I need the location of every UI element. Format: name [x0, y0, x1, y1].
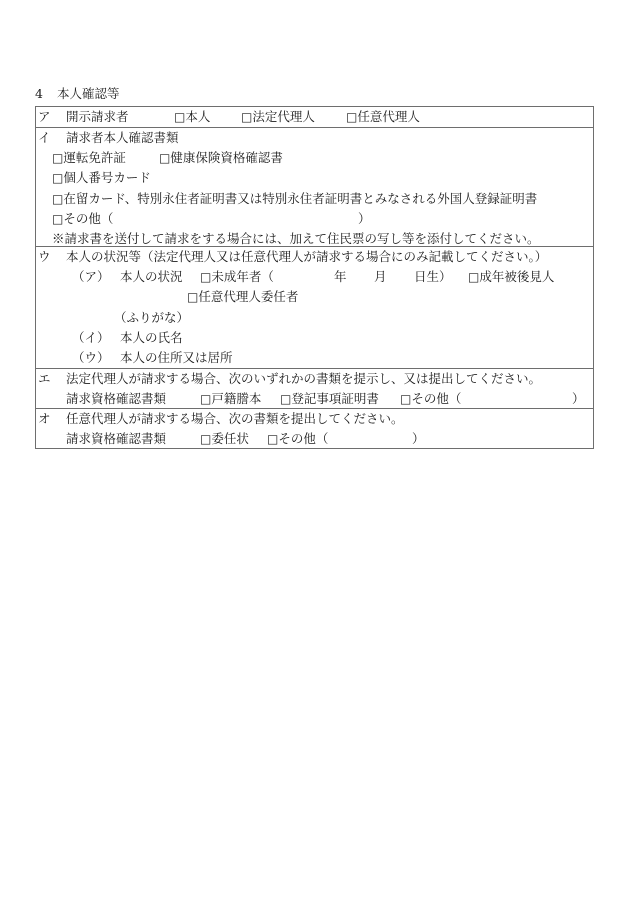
other-legal-close-paren: ） — [572, 389, 585, 409]
section-number: 4 — [35, 86, 57, 102]
checkbox-health-insurance[interactable]: □健康保険資格確認書 — [159, 148, 283, 168]
checkbox-icon[interactable]: □ — [200, 392, 211, 406]
checkbox-icon[interactable]: □ — [52, 192, 63, 206]
birth-day-label: 日生） — [414, 267, 452, 287]
row-id-documents: イ 請求者本人確認書類 □運転免許証 □健康保険資格確認書 □個人番号カード □… — [36, 127, 593, 246]
row-legal-agent-documents: エ 法定代理人が請求する場合、次のいずれかの書類を提示し、又は提出してください。… — [36, 368, 593, 408]
section-title: 本人確認等 — [57, 86, 120, 101]
checkbox-self[interactable]: □本人 — [174, 107, 210, 127]
row-label: イ — [36, 128, 60, 148]
legal-agent-heading: 法定代理人が請求する場合、次のいずれかの書類を提示し、又は提出してください。 — [66, 369, 541, 389]
address-sub-label: （ウ） — [72, 348, 110, 368]
checkbox-icon[interactable]: □ — [241, 110, 252, 124]
principal-name-label: 本人の氏名 — [120, 328, 183, 348]
checkbox-registry-certificate[interactable]: □登記事項証明書 — [280, 389, 379, 409]
row-label: オ — [36, 409, 60, 429]
voluntary-agent-docs-title: 請求資格確認書類 — [66, 429, 166, 449]
requester-heading: 開示請求者 — [66, 107, 129, 127]
checkbox-icon[interactable]: □ — [400, 392, 411, 406]
voluntary-agent-heading: 任意代理人が請求する場合、次の書類を提出してください。 — [66, 409, 404, 429]
checkbox-legal-agent[interactable]: □法定代理人 — [241, 107, 315, 127]
birth-month-label: 月 — [374, 267, 387, 287]
checkbox-icon[interactable]: □ — [159, 151, 170, 165]
checkbox-voluntary-agent[interactable]: □任意代理人 — [346, 107, 420, 127]
checkbox-adult-ward[interactable]: □成年被後見人 — [468, 267, 554, 287]
checkbox-icon[interactable]: □ — [280, 392, 291, 406]
row-label: エ — [36, 369, 60, 389]
other-id-close-paren: ） — [358, 209, 371, 229]
name-sub-label: （イ） — [72, 328, 110, 348]
id-documents-heading: 請求者本人確認書類 — [66, 128, 179, 148]
principal-status-heading: 本人の状況等（法定代理人又は任意代理人が請求する場合にのみ記載してください。） — [66, 247, 547, 267]
row-principal-status: ウ 本人の状況等（法定代理人又は任意代理人が請求する場合にのみ記載してください。… — [36, 246, 593, 368]
other-voluntary-close-paren: ） — [412, 429, 425, 449]
principal-address-label: 本人の住所又は居所 — [120, 348, 233, 368]
row-label: ア — [36, 107, 60, 127]
row-label: ウ — [36, 247, 60, 267]
checkbox-other-legal-doc[interactable]: □その他（ — [400, 389, 461, 409]
checkbox-icon[interactable]: □ — [267, 432, 278, 446]
checkbox-icon[interactable]: □ — [468, 270, 479, 284]
checkbox-family-register[interactable]: □戸籍謄本 — [200, 389, 261, 409]
furigana-label: （ふりがな） — [114, 308, 189, 328]
checkbox-power-of-attorney[interactable]: □委任状 — [200, 429, 249, 449]
checkbox-icon[interactable]: □ — [200, 432, 211, 446]
checkbox-drivers-license[interactable]: □運転免許証 — [52, 148, 126, 168]
status-title: 本人の状況 — [120, 267, 183, 287]
checkbox-residence-card[interactable]: □在留カード、特別永住者証明書又は特別永住者証明書とみなされる外国人登録証明書 — [52, 189, 537, 209]
checkbox-voluntary-delegator[interactable]: □任意代理人委任者 — [187, 287, 298, 307]
checkbox-icon[interactable]: □ — [52, 171, 63, 185]
checkbox-icon[interactable]: □ — [187, 290, 198, 304]
checkbox-other-voluntary-doc[interactable]: □その他（ — [267, 429, 328, 449]
row-requester: ア 開示請求者 □本人 □法定代理人 □任意代理人 — [36, 107, 593, 127]
checkbox-icon[interactable]: □ — [52, 151, 63, 165]
row-voluntary-agent-documents: オ 任意代理人が請求する場合、次の書類を提出してください。 請求資格確認書類 □… — [36, 408, 593, 448]
birth-year-label: 年 — [334, 267, 347, 287]
checkbox-icon[interactable]: □ — [346, 110, 357, 124]
checkbox-my-number-card[interactable]: □個人番号カード — [52, 168, 151, 188]
status-sub-label: （ア） — [72, 267, 110, 287]
legal-agent-docs-title: 請求資格確認書類 — [66, 389, 166, 409]
identity-verification-table: ア 開示請求者 □本人 □法定代理人 □任意代理人 イ 請求者本人確認書類 □運… — [35, 106, 594, 449]
section-heading: 4本人確認等 — [35, 86, 120, 102]
checkbox-icon[interactable]: □ — [174, 110, 185, 124]
checkbox-other-id[interactable]: □その他（ — [52, 209, 113, 229]
checkbox-minor[interactable]: □未成年者（ — [200, 267, 274, 287]
checkbox-icon[interactable]: □ — [200, 270, 211, 284]
checkbox-icon[interactable]: □ — [52, 212, 63, 226]
